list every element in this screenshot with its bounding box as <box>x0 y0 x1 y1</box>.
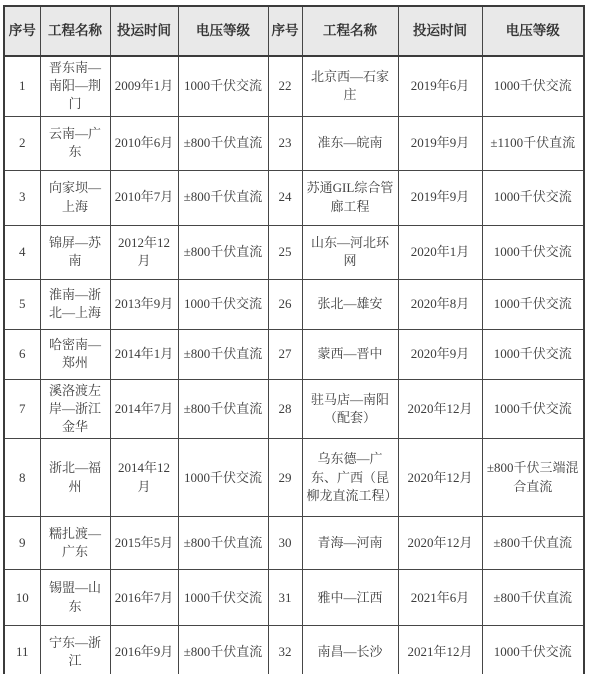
commission-date-cell: 2020年1月 <box>398 225 482 279</box>
row-number-cell: 24 <box>268 170 302 225</box>
project-name-cell: 宁东—浙江 <box>40 626 110 674</box>
project-name-cell: 苏通GIL综合管廊工程 <box>302 170 398 225</box>
voltage-level-cell: ±800千伏直流 <box>178 517 268 570</box>
project-name-cell: 准东—皖南 <box>302 116 398 170</box>
row-number-cell: 5 <box>4 279 40 329</box>
voltage-level-cell: ±800千伏直流 <box>178 116 268 170</box>
table-header-row: 序号 工程名称 投运时间 电压等级 序号 工程名称 投运时间 电压等级 <box>4 6 584 56</box>
project-name-cell: 蒙西—晋中 <box>302 329 398 379</box>
commission-date-cell: 2016年7月 <box>110 570 178 626</box>
document-page: 序号 工程名称 投运时间 电压等级 序号 工程名称 投运时间 电压等级 1晋东南… <box>0 0 589 674</box>
voltage-level-cell: 1000千伏交流 <box>482 170 584 225</box>
header-电压等级-left: 电压等级 <box>178 6 268 56</box>
row-number-cell: 30 <box>268 517 302 570</box>
row-number-cell: 28 <box>268 379 302 439</box>
table-row: 2云南—广东2010年6月±800千伏直流23准东—皖南2019年9月±1100… <box>4 116 584 170</box>
row-number-cell: 31 <box>268 570 302 626</box>
project-name-cell: 北京西—石家庄 <box>302 56 398 116</box>
row-number-cell: 9 <box>4 517 40 570</box>
voltage-level-cell: 1000千伏交流 <box>178 56 268 116</box>
project-name-cell: 向家坝—上海 <box>40 170 110 225</box>
table-row: 5淮南—浙北—上海2013年9月1000千伏交流26张北—雄安2020年8月10… <box>4 279 584 329</box>
voltage-level-cell: 1000千伏交流 <box>482 225 584 279</box>
row-number-cell: 22 <box>268 56 302 116</box>
project-name-cell: 张北—雄安 <box>302 279 398 329</box>
project-name-cell: 雅中—江西 <box>302 570 398 626</box>
voltage-level-cell: ±800千伏直流 <box>178 626 268 674</box>
voltage-level-cell: ±800千伏直流 <box>178 379 268 439</box>
header-投运时间-left: 投运时间 <box>110 6 178 56</box>
header-工程名称-right: 工程名称 <box>302 6 398 56</box>
voltage-level-cell: 1000千伏交流 <box>482 56 584 116</box>
uhv-projects-table: 序号 工程名称 投运时间 电压等级 序号 工程名称 投运时间 电压等级 1晋东南… <box>3 5 585 674</box>
row-number-cell: 25 <box>268 225 302 279</box>
commission-date-cell: 2014年1月 <box>110 329 178 379</box>
project-name-cell: 云南—广东 <box>40 116 110 170</box>
commission-date-cell: 2010年7月 <box>110 170 178 225</box>
header-序号-right: 序号 <box>268 6 302 56</box>
commission-date-cell: 2010年6月 <box>110 116 178 170</box>
row-number-cell: 29 <box>268 439 302 517</box>
voltage-level-cell: ±1100千伏直流 <box>482 116 584 170</box>
table-row: 7溪洛渡左岸—浙江金华2014年7月±800千伏直流28驻马店—南阳（配套）20… <box>4 379 584 439</box>
table-row: 6哈密南—郑州2014年1月±800千伏直流27蒙西—晋中2020年9月1000… <box>4 329 584 379</box>
commission-date-cell: 2020年12月 <box>398 517 482 570</box>
header-序号-left: 序号 <box>4 6 40 56</box>
commission-date-cell: 2014年7月 <box>110 379 178 439</box>
voltage-level-cell: ±800千伏三端混合直流 <box>482 439 584 517</box>
project-name-cell: 糯扎渡—广东 <box>40 517 110 570</box>
voltage-level-cell: 1000千伏交流 <box>482 279 584 329</box>
commission-date-cell: 2016年9月 <box>110 626 178 674</box>
row-number-cell: 7 <box>4 379 40 439</box>
commission-date-cell: 2020年8月 <box>398 279 482 329</box>
voltage-level-cell: 1000千伏交流 <box>178 570 268 626</box>
voltage-level-cell: 1000千伏交流 <box>178 279 268 329</box>
voltage-level-cell: ±800千伏直流 <box>178 170 268 225</box>
commission-date-cell: 2019年6月 <box>398 56 482 116</box>
commission-date-cell: 2013年9月 <box>110 279 178 329</box>
voltage-level-cell: ±800千伏直流 <box>178 329 268 379</box>
header-电压等级-right: 电压等级 <box>482 6 584 56</box>
row-number-cell: 6 <box>4 329 40 379</box>
row-number-cell: 26 <box>268 279 302 329</box>
project-name-cell: 淮南—浙北—上海 <box>40 279 110 329</box>
project-name-cell: 山东—河北环网 <box>302 225 398 279</box>
commission-date-cell: 2021年6月 <box>398 570 482 626</box>
row-number-cell: 11 <box>4 626 40 674</box>
commission-date-cell: 2009年1月 <box>110 56 178 116</box>
commission-date-cell: 2015年5月 <box>110 517 178 570</box>
voltage-level-cell: 1000千伏交流 <box>482 626 584 674</box>
row-number-cell: 2 <box>4 116 40 170</box>
project-name-cell: 驻马店—南阳（配套） <box>302 379 398 439</box>
voltage-level-cell: 1000千伏交流 <box>482 329 584 379</box>
commission-date-cell: 2014年12月 <box>110 439 178 517</box>
table-body: 1晋东南—南阳—荆门2009年1月1000千伏交流22北京西—石家庄2019年6… <box>4 56 584 674</box>
commission-date-cell: 2019年9月 <box>398 116 482 170</box>
table-row: 11宁东—浙江2016年9月±800千伏直流32南昌—长沙2021年12月100… <box>4 626 584 674</box>
header-投运时间-right: 投运时间 <box>398 6 482 56</box>
voltage-level-cell: ±800千伏直流 <box>482 517 584 570</box>
row-number-cell: 32 <box>268 626 302 674</box>
table-row: 1晋东南—南阳—荆门2009年1月1000千伏交流22北京西—石家庄2019年6… <box>4 56 584 116</box>
row-number-cell: 27 <box>268 329 302 379</box>
commission-date-cell: 2019年9月 <box>398 170 482 225</box>
table-row: 4锦屏—苏南2012年12月±800千伏直流25山东—河北环网2020年1月10… <box>4 225 584 279</box>
project-name-cell: 南昌—长沙 <box>302 626 398 674</box>
table-row: 3向家坝—上海2010年7月±800千伏直流24苏通GIL综合管廊工程2019年… <box>4 170 584 225</box>
project-name-cell: 溪洛渡左岸—浙江金华 <box>40 379 110 439</box>
voltage-level-cell: ±800千伏直流 <box>178 225 268 279</box>
table-row: 10锡盟—山东2016年7月1000千伏交流31雅中—江西2021年6月±800… <box>4 570 584 626</box>
header-工程名称-left: 工程名称 <box>40 6 110 56</box>
row-number-cell: 1 <box>4 56 40 116</box>
voltage-level-cell: 1000千伏交流 <box>178 439 268 517</box>
row-number-cell: 3 <box>4 170 40 225</box>
table-row: 8浙北—福州2014年12月1000千伏交流29乌东德—广东、广西（昆柳龙直流工… <box>4 439 584 517</box>
commission-date-cell: 2020年12月 <box>398 379 482 439</box>
table-row: 9糯扎渡—广东2015年5月±800千伏直流30青海—河南2020年12月±80… <box>4 517 584 570</box>
project-name-cell: 浙北—福州 <box>40 439 110 517</box>
row-number-cell: 8 <box>4 439 40 517</box>
commission-date-cell: 2012年12月 <box>110 225 178 279</box>
project-name-cell: 乌东德—广东、广西（昆柳龙直流工程） <box>302 439 398 517</box>
row-number-cell: 10 <box>4 570 40 626</box>
commission-date-cell: 2020年12月 <box>398 439 482 517</box>
voltage-level-cell: 1000千伏交流 <box>482 379 584 439</box>
project-name-cell: 哈密南—郑州 <box>40 329 110 379</box>
voltage-level-cell: ±800千伏直流 <box>482 570 584 626</box>
row-number-cell: 23 <box>268 116 302 170</box>
commission-date-cell: 2020年9月 <box>398 329 482 379</box>
commission-date-cell: 2021年12月 <box>398 626 482 674</box>
project-name-cell: 锦屏—苏南 <box>40 225 110 279</box>
project-name-cell: 青海—河南 <box>302 517 398 570</box>
row-number-cell: 4 <box>4 225 40 279</box>
project-name-cell: 锡盟—山东 <box>40 570 110 626</box>
project-name-cell: 晋东南—南阳—荆门 <box>40 56 110 116</box>
